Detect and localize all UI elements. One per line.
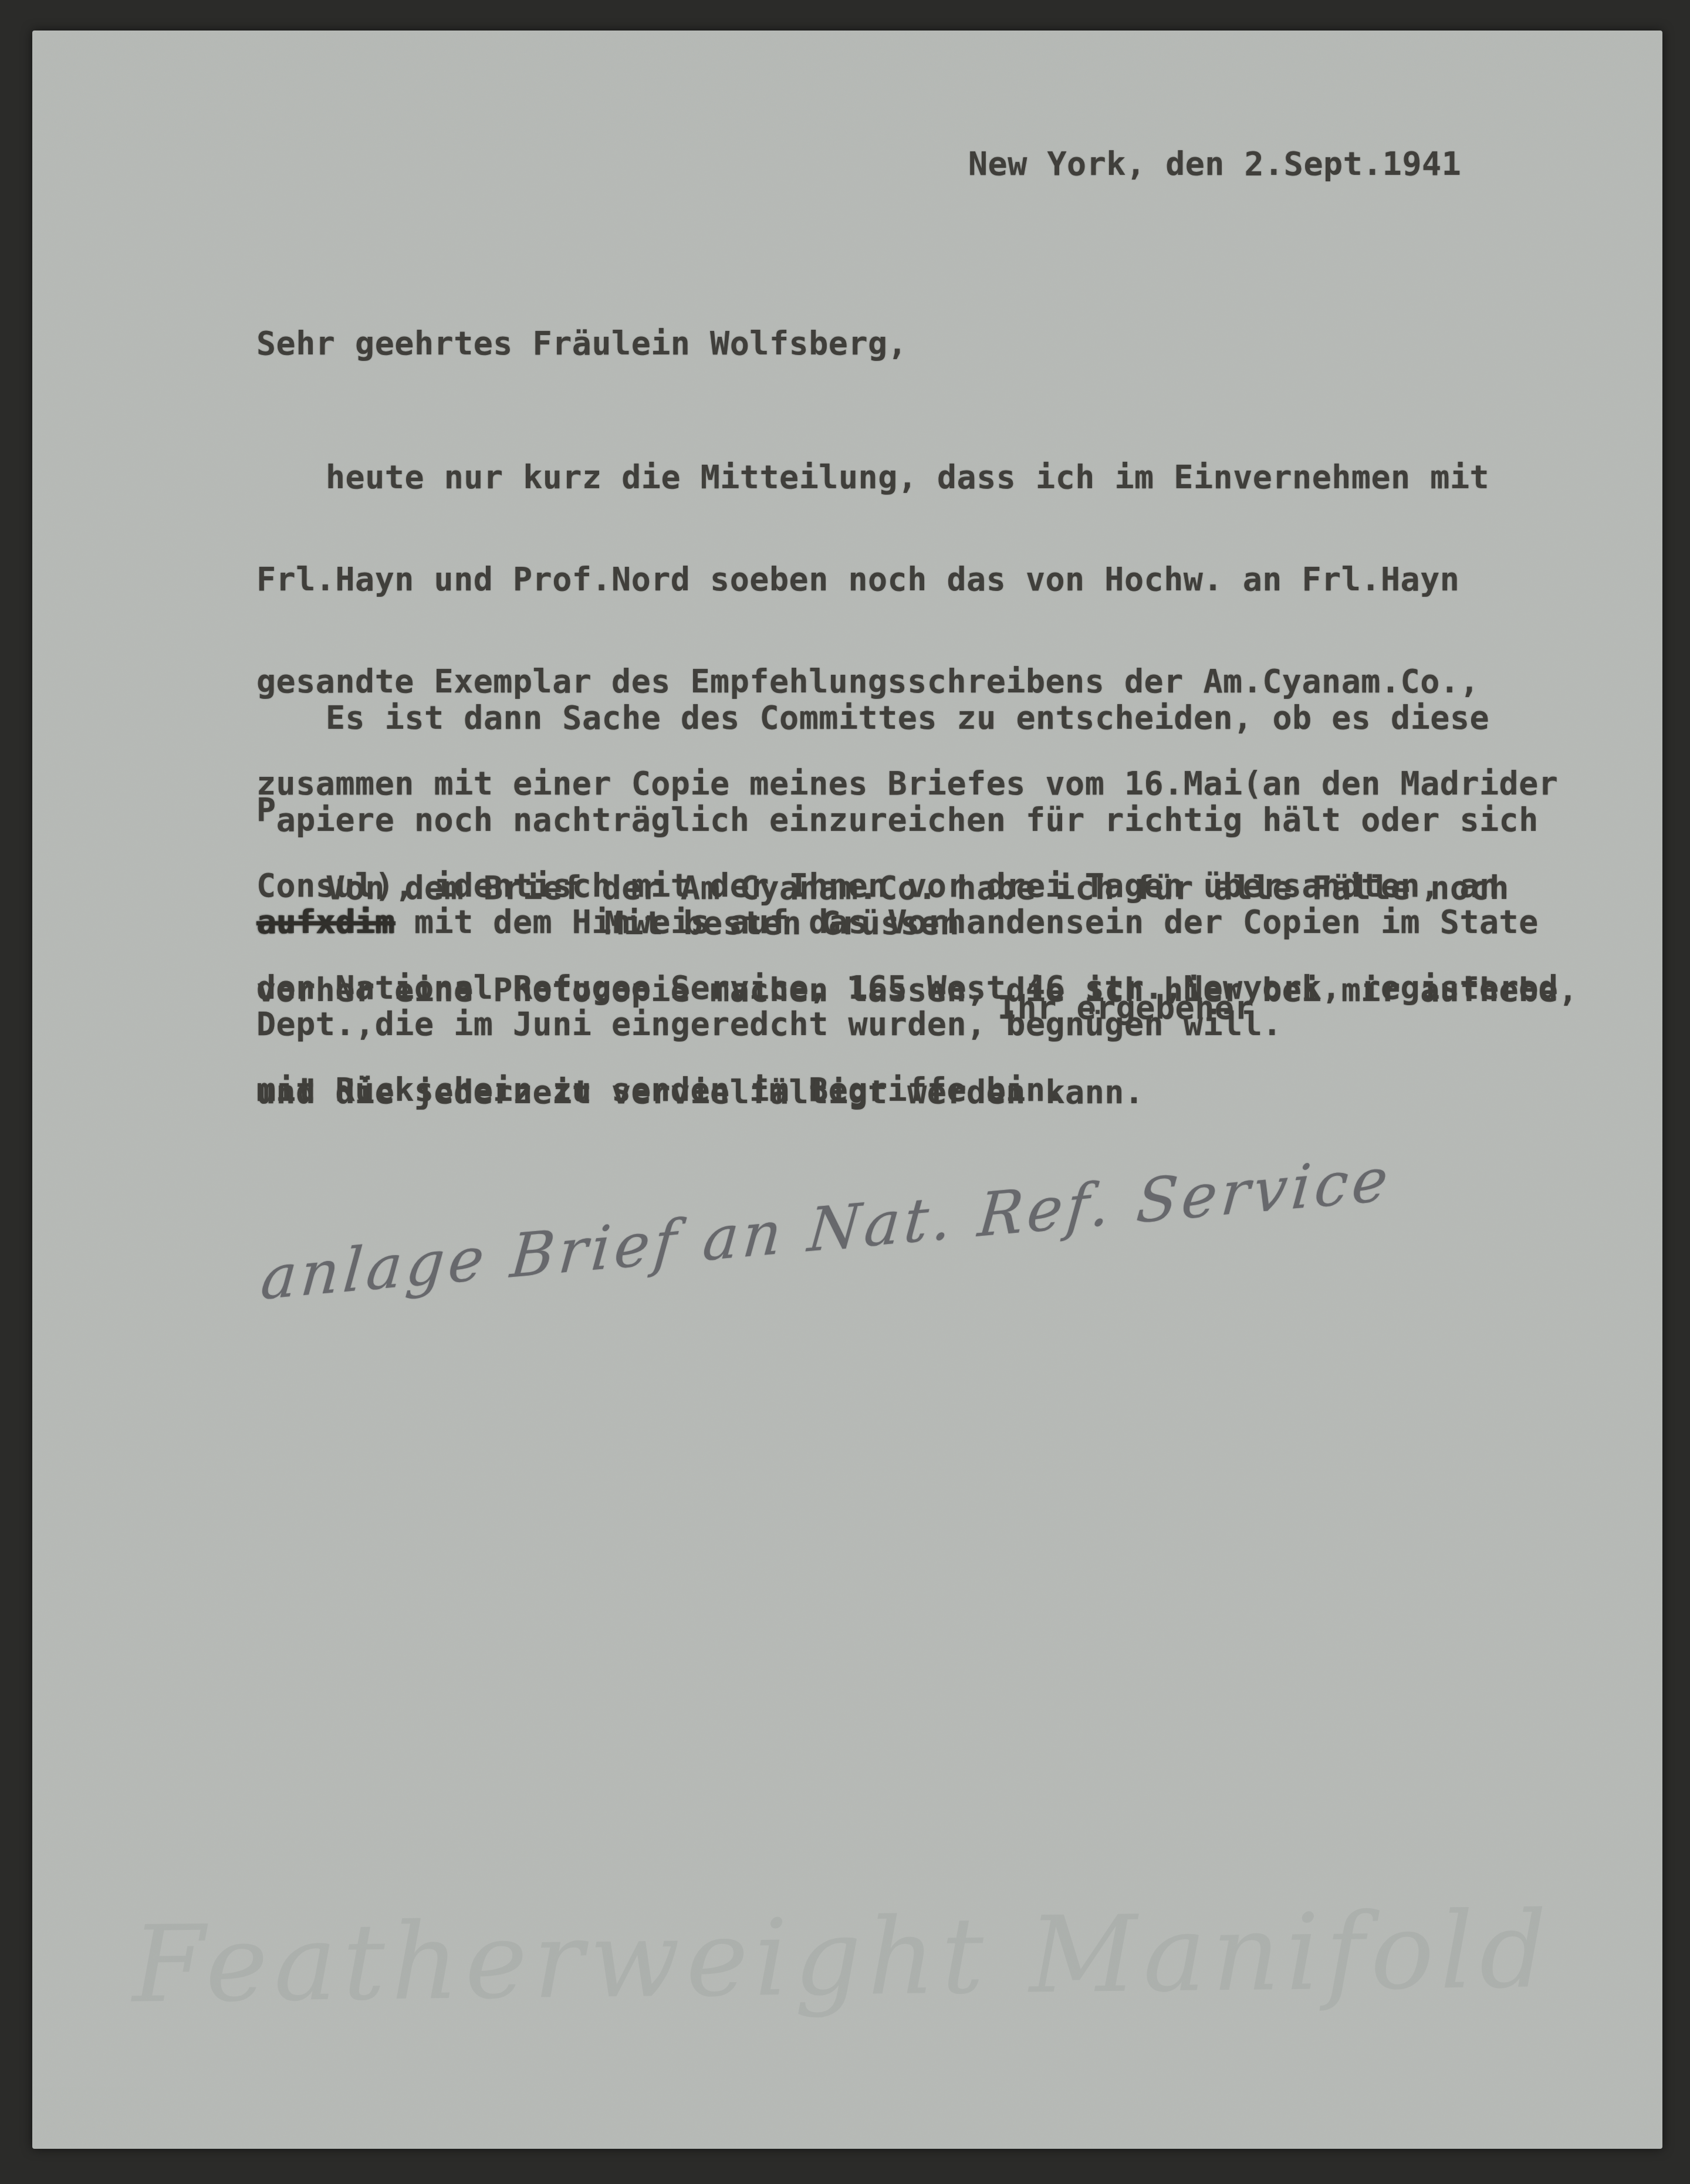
letter-line: und die jederzeit vervielfältigt werden … xyxy=(256,1075,1578,1109)
letter-line: Es ist dann Sache des Committes zu entsc… xyxy=(256,701,1539,735)
letter-line: Von dem Brief der Am Cyanam.Co. habe ich… xyxy=(256,871,1578,905)
letter-line: Frl.Hayn und Prof.Nord soeben noch das v… xyxy=(256,562,1558,596)
signoff-line: Ihr ergebener xyxy=(998,990,1254,1025)
salutation: Sehr geehrtes Fräulein Wolfsberg, xyxy=(256,326,907,360)
letter-line: vorher eine Photocopie machen lassen, di… xyxy=(256,973,1578,1007)
letter-page: New York, den 2.Sept.1941 Sehr geehrtes … xyxy=(32,31,1662,2149)
letter-line: heute nur kurz die Mitteilung, dass ich … xyxy=(256,460,1558,494)
closing-line: Mit besten Grüssen xyxy=(604,906,959,940)
paragraph-3: Von dem Brief der Am Cyanam.Co. habe ich… xyxy=(256,803,1578,1177)
scan-background: New York, den 2.Sept.1941 Sehr geehrtes … xyxy=(0,0,1690,2184)
date-line: New York, den 2.Sept.1941 xyxy=(968,147,1461,181)
paper-watermark: Featherweight Manifold xyxy=(131,1889,1541,2026)
